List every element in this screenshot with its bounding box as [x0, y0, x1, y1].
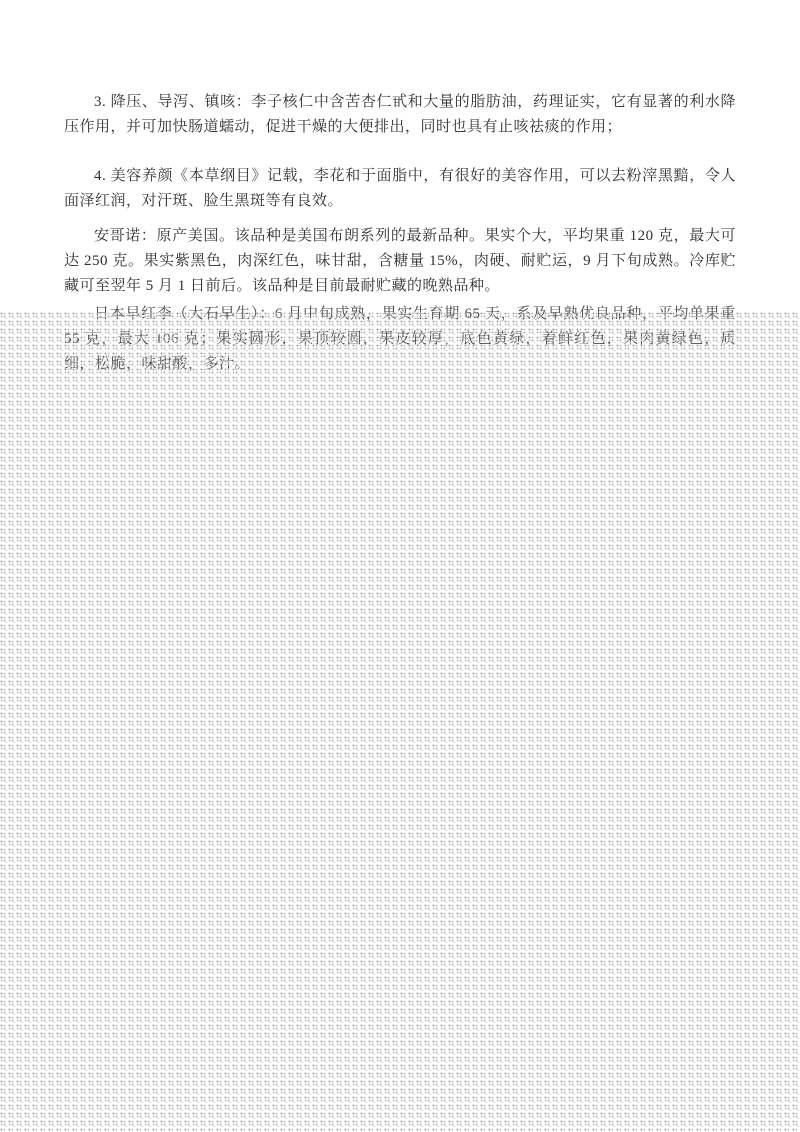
paragraph-benefit-4: 4. 美容养颜《本草纲目》记载，李花和于面脂中，有很好的美容作用，可以去粉滓黑黯… — [64, 164, 736, 214]
document-body: 3. 降压、导泻、镇咳：李子核仁中含苦杏仁甙和大量的脂肪油，药理证实，它有显著的… — [0, 0, 800, 377]
paragraph-variety-angeleno: 安哥诺：原产美国。该品种是美国布朗系列的最新品种。果实个大，平均果重 120 克… — [64, 224, 736, 299]
paragraph-variety-japan-early-red: 日本早红李（大石早生）：6 月中旬成熟，果实生育期 65 天，系及早熟优良品种，… — [64, 302, 736, 377]
paragraph-benefit-3: 3. 降压、导泻、镇咳：李子核仁中含苦杏仁甙和大量的脂肪油，药理证实，它有显著的… — [64, 90, 736, 140]
halftone-texture-overlay — [0, 312, 800, 1132]
document-page: 3. 降压、导泻、镇咳：李子核仁中含苦杏仁甙和大量的脂肪油，药理证实，它有显著的… — [0, 0, 800, 1132]
